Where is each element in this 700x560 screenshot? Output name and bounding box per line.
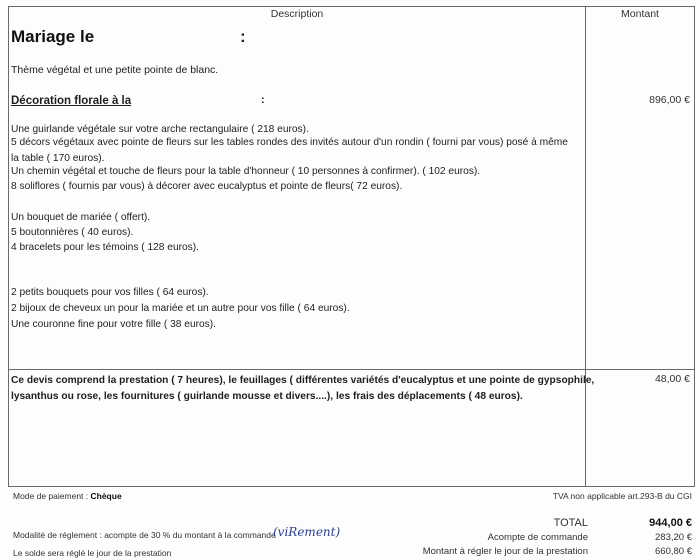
header-amount: Montant	[585, 8, 695, 20]
line-item: 4 bracelets pour les témoins ( 128 euros…	[11, 241, 199, 255]
payment-mode: Mode de paiement : Chèque	[13, 491, 122, 501]
line-item: la table ( 170 euros).	[11, 152, 104, 166]
section-amount: 896,00 €	[649, 94, 690, 106]
deposit-label: Acompte de commande	[488, 532, 588, 543]
balance-value: 660,80 €	[655, 546, 692, 557]
handwritten-note: (viRement)	[273, 525, 340, 539]
theme-text: Thème végétal et une petite pointe de bl…	[11, 64, 218, 76]
line-item: Une guirlande végétale sur votre arche r…	[11, 123, 309, 137]
total-value: 944,00 €	[649, 517, 692, 529]
tva-note: TVA non applicable art.293-B du CGI	[553, 491, 692, 501]
line-item: 5 décors végétaux avec pointe de fleurs …	[11, 136, 568, 150]
prestation-amount: 48,00 €	[655, 373, 690, 385]
payment-mode-value: Chèque	[91, 491, 122, 501]
quote-table: Description Montant Mariage le : Thème v…	[8, 6, 695, 487]
line-item: 2 bijoux de cheveux un pour la mariée et…	[11, 302, 350, 316]
balance-note: Le solde sera réglé le jour de la presta…	[13, 548, 171, 558]
balance-label: Montant à régler le jour de la prestatio…	[423, 546, 588, 557]
line-item: 5 boutonnières ( 40 euros).	[11, 226, 133, 240]
deposit-value: 283,20 €	[655, 532, 692, 543]
line-item: Une couronne fine pour votre fille ( 38 …	[11, 318, 216, 332]
section-title: Décoration florale à la	[11, 95, 131, 107]
payment-terms: Modalité de réglement : acompte de 30 % …	[13, 530, 276, 540]
prestation-line: lysanthus ou rose, les fournitures ( gui…	[11, 389, 523, 405]
section-colon: :	[261, 94, 265, 106]
payment-mode-label: Mode de paiement :	[13, 491, 91, 501]
prestation-line: Ce devis comprend la prestation ( 7 heur…	[11, 373, 594, 389]
total-label: TOTAL	[554, 517, 588, 529]
line-item: Un chemin végétal et touche de fleurs po…	[11, 165, 480, 179]
row-divider	[9, 369, 694, 370]
line-item: 8 soliflores ( fournis par vous) à décor…	[11, 180, 402, 194]
quote-document: Description Montant Mariage le : Thème v…	[0, 0, 700, 560]
line-item: 2 petits bouquets pour vos filles ( 64 e…	[11, 286, 209, 300]
line-item: Un bouquet de mariée ( offert).	[11, 211, 150, 225]
quote-title: Mariage le	[11, 27, 94, 47]
header-description: Description	[9, 8, 585, 20]
title-colon: :	[240, 27, 246, 47]
column-divider	[585, 7, 586, 486]
